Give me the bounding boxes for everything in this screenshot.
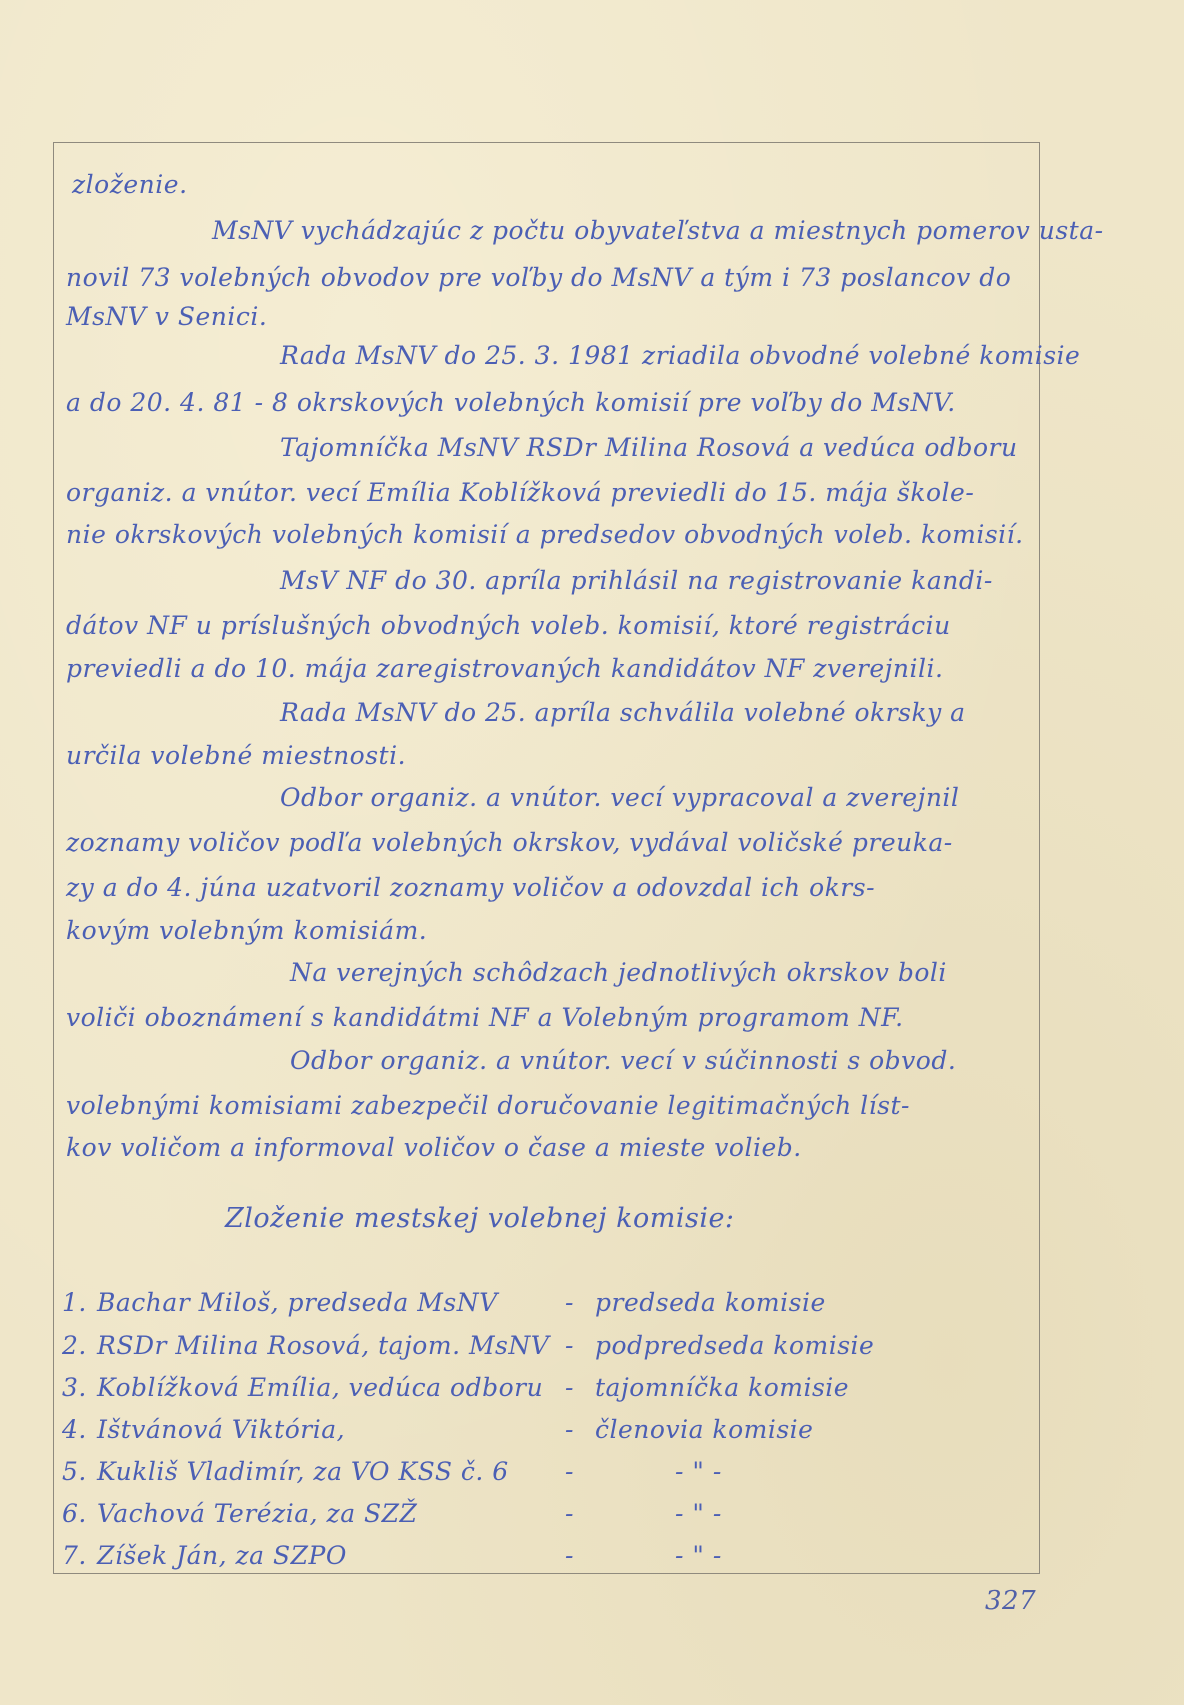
page-number: 327: [985, 1588, 1036, 1614]
commission-heading: Zloženie mestskej volebnej komisie:: [225, 1205, 735, 1232]
text-line: nie okrskových volebných komisií a preds…: [66, 522, 1024, 547]
member-number: 4.: [62, 1417, 87, 1442]
member-separator: -: [565, 1543, 574, 1568]
text-line: Odbor organiz. a vnútor. vecí vypracoval…: [280, 785, 959, 810]
text-line: zy a do 4. júna uzatvoril zoznamy voličo…: [66, 875, 875, 900]
member-role: - " -: [675, 1543, 722, 1568]
member-role: - " -: [675, 1459, 722, 1484]
member-number: 2.: [62, 1333, 87, 1358]
member-role: členovia komisie: [595, 1417, 813, 1442]
text-line: a do 20. 4. 81 - 8 okrskových volebných …: [66, 390, 956, 415]
text-line: Tajomníčka MsNV RSDr Milina Rosová a ved…: [280, 435, 1018, 460]
member-separator: -: [565, 1333, 574, 1358]
member-name: Zíšek Ján, za SZPO: [97, 1543, 347, 1568]
member-name: Bachar Miloš, predseda MsNV: [97, 1290, 498, 1315]
text-line: MsNV vychádzajúc z počtu obyvateľstva a …: [212, 218, 1104, 243]
text-line: dátov NF u príslušných obvodných voleb. …: [66, 613, 951, 638]
member-role: tajomníčka komisie: [595, 1375, 849, 1400]
member-separator: -: [565, 1459, 574, 1484]
member-role: podpredseda komisie: [595, 1333, 874, 1358]
member-separator: -: [565, 1501, 574, 1526]
member-number: 5.: [62, 1459, 87, 1484]
text-line: zloženie.: [72, 172, 188, 197]
member-separator: -: [565, 1417, 574, 1442]
member-number: 7.: [62, 1543, 87, 1568]
text-line: previedli a do 10. mája zaregistrovaných…: [66, 656, 943, 681]
member-name: Vachová Terézia, za SZŽ: [97, 1501, 417, 1526]
member-name: Kukliš Vladimír, za VO KSS č. 6: [97, 1459, 509, 1484]
text-line: kovým volebným komisiám.: [66, 918, 427, 943]
member-separator: -: [565, 1375, 574, 1400]
text-line: Na verejných schôdzach jednotlivých okrs…: [290, 960, 947, 985]
text-line: voliči oboznámení s kandidátmi NF a Vole…: [66, 1005, 904, 1030]
text-line: MsV NF do 30. apríla prihlásil na regist…: [280, 568, 993, 593]
member-name: Ištvánová Viktória,: [97, 1417, 345, 1442]
member-name: RSDr Milina Rosová, tajom. MsNV: [97, 1333, 549, 1358]
member-role: - " -: [675, 1501, 722, 1526]
text-line: kov voličom a informoval voličov o čase …: [66, 1135, 802, 1160]
text-line: novil 73 volebných obvodov pre voľby do …: [66, 265, 1011, 290]
text-line: zoznamy voličov podľa volebných okrskov,…: [66, 830, 953, 855]
text-line: MsNV v Senici.: [66, 304, 267, 329]
text-line: Rada MsNV do 25. 3. 1981 zriadila obvodn…: [280, 343, 1080, 368]
member-separator: -: [565, 1290, 574, 1315]
text-line: Odbor organiz. a vnútor. vecí v súčinnos…: [290, 1048, 956, 1073]
member-number: 1.: [62, 1290, 87, 1315]
text-line: organiz. a vnútor. vecí Emília Koblížkov…: [66, 480, 974, 505]
text-line: určila volebné miestnosti.: [66, 743, 406, 768]
member-number: 3.: [62, 1375, 87, 1400]
text-line: Rada MsNV do 25. apríla schválila volebn…: [280, 700, 966, 725]
text-line: volebnými komisiami zabezpečil doručovan…: [66, 1093, 910, 1118]
member-role: predseda komisie: [595, 1290, 826, 1315]
member-name: Koblížková Emília, vedúca odboru: [97, 1375, 543, 1400]
member-number: 6.: [62, 1501, 87, 1526]
